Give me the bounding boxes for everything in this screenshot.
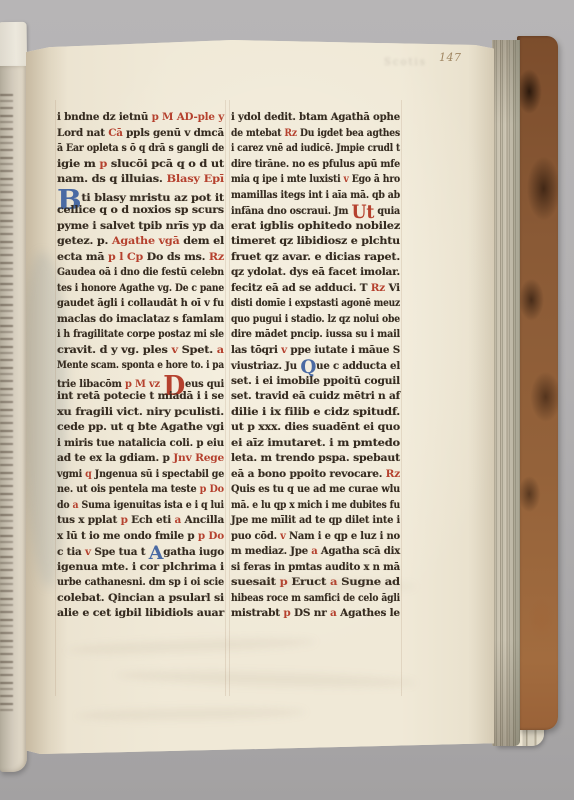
manuscript-line: urbe cathanesni. dm sp i oi scie: [57, 576, 224, 592]
ruling-line: [225, 100, 226, 696]
ink-text: fruet qz avar. e dicias rapet.: [231, 251, 400, 263]
ink-text: Agatha scā dix: [318, 545, 401, 557]
manuscript-line: tus x pplat p Ech eti a Ancilla: [57, 514, 224, 530]
manuscript-line: dilie i ix filib e cidz spitudf.: [231, 406, 400, 422]
ink-text: xu fragili vict. niry pculisti.: [57, 406, 224, 418]
ink-text: quo pugui i stadio. lz qz nolui obe: [231, 313, 400, 325]
manuscript-line: gaudet āgli i collaudāt h oī v fu: [57, 297, 224, 313]
manuscript-line: trie libacōm p M vz Deus qui: [57, 375, 224, 391]
ink-text: leta. m trendo pspa. spebaut: [231, 452, 400, 464]
ink-text: alie e cet igbil libidiols auar: [57, 607, 224, 619]
ink-text: m mediaz. Jpe: [231, 545, 311, 557]
showthrough-smudge: [66, 636, 316, 657]
manuscript-line: Mente scam. sponta e hore to. i pa: [57, 359, 224, 375]
manuscript-line: tes i honore Agathe vg. De c pane: [57, 282, 224, 298]
ink-text: slucōi pcā q o d ut: [111, 158, 224, 170]
manuscript-line: erat igblis ophitedo nobilez: [231, 220, 400, 236]
ink-text: maclas do imaclataz s famlam: [57, 313, 224, 325]
manuscript-line: fecitz eā ad se adduci. T Rz Vi: [231, 282, 400, 298]
manuscript-line: ut p xxx. dies suadēnt ei quo: [231, 421, 400, 437]
ink-text: erat igblis ophitedo nobilez: [231, 220, 400, 232]
ink-text: tus x pplat: [57, 514, 121, 526]
ink-text: trie libacōm: [57, 378, 125, 390]
manuscript-line: ne. ut ois pentela ma teste p Do: [57, 483, 224, 499]
ink-text: si feras in pmtas audito x n mā: [231, 561, 400, 573]
ink-text: int retā potecie t miadā i i se: [57, 390, 224, 402]
rubric-text: Agathe vgā: [112, 235, 183, 247]
pencil-inscription: Scotis: [384, 57, 427, 68]
rubric-text: Rz: [209, 251, 224, 263]
rubric-text: p Do: [200, 483, 224, 495]
manuscript-line: set. travid eā cuidz mētri n af: [231, 390, 400, 406]
ink-text: dire tirāne. no es pfulus apū mfe: [231, 158, 400, 170]
ink-text: Vi: [385, 282, 400, 294]
manuscript-line: qz ydolat. dys eā facet imolar.: [231, 266, 400, 282]
manuscript-line: hibeas roce m samfici de celo āgli: [231, 592, 400, 608]
ink-text: gaudet āgli i collaudāt h oī v fu: [57, 297, 224, 309]
manuscript-line: m mediaz. Jpe a Agatha scā dix: [231, 545, 400, 561]
ink-text: quia: [374, 205, 400, 217]
manuscript-line: ei aīz imutaret. i m pmtedo: [231, 437, 400, 453]
manuscript-line: quo pugui i stadio. lz qz nolui obe: [231, 313, 400, 329]
ink-text: do: [57, 499, 73, 511]
ink-text: Quis es tu q ue ad me curae wlu: [231, 483, 400, 495]
ink-text: nam. ds q illuias.: [57, 173, 166, 185]
illuminated-initial: Q: [300, 363, 316, 371]
text-column-left: i bndne dz ietnū p M AD-ple yLord nat Cā…: [57, 111, 224, 623]
ink-text: Spe tua t: [91, 546, 149, 558]
ink-text: viustriaz. Ju: [231, 360, 300, 372]
manuscript-line: alie e cet igbil libidiols auar: [57, 607, 224, 623]
rubric-text: p: [121, 514, 128, 526]
ink-text: vgmi: [57, 468, 85, 480]
ink-text: ti blasy mristu az pot it: [81, 192, 224, 204]
ink-text: colebat. Qincian a psularl si: [57, 592, 224, 604]
manuscript-line: leta. m trendo pspa. spebaut: [231, 452, 400, 468]
ink-text: qz ydolat. dys eā facet imolar.: [231, 266, 400, 278]
manuscript-line: xu fragili vict. niry pculisti.: [57, 406, 224, 422]
manuscript-line: colebat. Qincian a psularl si: [57, 592, 224, 608]
rubric-text: Jnv Rege: [173, 452, 224, 464]
ink-text: Lord nat: [57, 127, 108, 139]
ink-text: gatha iugo: [163, 546, 224, 558]
ink-text: Nam i e qp e luz i no: [286, 530, 400, 542]
manuscript-line: mistrabt p DS nr a Agathes le: [231, 607, 400, 623]
ink-text: eus qui: [185, 378, 224, 390]
rubric-text: p: [99, 158, 111, 170]
manuscript-line: Jpe me mīlit ad te qp dilet inte i: [231, 514, 400, 530]
ink-text: set. travid eā cuidz mētri n af: [231, 390, 400, 402]
manuscript-line: i carez vnē ad iudicē. Jmpie crudl t: [231, 142, 400, 158]
manuscript-line: i miris tue natalicia coli. p eiu: [57, 437, 224, 453]
ink-text: dilie i ix filib e cidz spitudf.: [231, 406, 400, 418]
ink-text: Agathes le: [337, 607, 400, 619]
ink-text: DS nr: [291, 607, 331, 619]
manuscript-line: eā a bono ppoito revocare. Rz: [231, 468, 400, 484]
fore-edge-page-stack: [492, 40, 520, 746]
leather-cover: [517, 36, 558, 730]
manuscript-line: i h fragilitate corpe postaz mi sle: [57, 328, 224, 344]
ruling-line: [229, 100, 230, 696]
photo-backdrop: Scotis 147 i bndne dz ietnū p M AD-ple y…: [0, 0, 574, 800]
ink-text: ad te ex la gdiam. p: [57, 452, 173, 464]
manuscript-line: x lū t io me ondo fmile p p Do: [57, 530, 224, 546]
ink-text: Do ds ms.: [147, 251, 209, 263]
ink-text: mā. e lu qp x mich i me dubites fu: [231, 499, 400, 511]
ink-text: cravit. d y vg. ples: [57, 344, 171, 356]
ink-text: i bndne dz ietnū: [57, 111, 152, 123]
ink-text: Gaudea oā i dno die festū celebn: [57, 266, 224, 278]
manuscript-line: ad te ex la gdiam. p Jnv Rege: [57, 452, 224, 468]
ink-text: Jngenua sū i spectabil ge: [92, 468, 224, 480]
ink-text: mia q ipe i mte luxisti: [231, 173, 343, 185]
rubric-text: Blasy Epī: [166, 173, 224, 185]
ink-text: ut p xxx. dies suadēnt ei quo: [231, 421, 400, 433]
manuscript-line: disti domīe i expstasti agonē meuz: [231, 297, 400, 313]
manuscript-line: c tia v Spe tua t Agatha iugo: [57, 545, 224, 561]
manuscript-line: getez. p. Agathe vgā dem el: [57, 235, 224, 251]
manuscript-line: infāna dno oscraui. Jm Ut quia: [231, 204, 400, 220]
ink-text: ue c adducta el: [316, 360, 400, 372]
ink-text: ecta mā: [57, 251, 108, 263]
showthrough-smudge: [76, 706, 306, 722]
manuscript-line: mia q ipe i mte luxisti v Ego ā hro: [231, 173, 400, 189]
ink-text: getez. p.: [57, 235, 112, 247]
manuscript-line: mamillas itegs int i aīa mā. qb ab: [231, 189, 400, 205]
ink-text: cellice q o d noxios sp scurs: [57, 204, 224, 216]
manuscript-line: mā. e lu qp x mich i me dubites fu: [231, 499, 400, 515]
showthrough-smudge: [116, 668, 416, 690]
manuscript-line: igie m p slucōi pcā q o d ut: [57, 158, 224, 174]
manuscript-line: maclas do imaclataz s famlam: [57, 313, 224, 329]
ink-text: Ech eti: [128, 514, 175, 526]
ruling-line: [55, 100, 56, 696]
manuscript-line: de mtebat Rz Du igdet bea agthes: [231, 127, 400, 143]
manuscript-line: vgmi q Jngenua sū i spectabil ge: [57, 468, 224, 484]
ink-text: Spet.: [178, 344, 217, 356]
ink-text: igenua mte. i cor plchrima i: [57, 561, 224, 573]
manuscript-line: i ydol dedit. btam Agathā ophe: [231, 111, 400, 127]
manuscript-line: timeret qz libidiosz e plchtu: [231, 235, 400, 251]
manuscript-line: Bti blasy mristu az pot it: [57, 189, 224, 205]
ink-text: urbe cathanesni. dm sp i oi scie: [57, 576, 224, 588]
manuscript-line: Quis es tu q ue ad me curae wlu: [231, 483, 400, 499]
manuscript-line: nam. ds q illuias. Blasy Epī: [57, 173, 224, 189]
ink-text: Jpe me mīlit ad te qp dilet inte i: [231, 514, 400, 526]
manuscript-line: int retā potecie t miadā i i se: [57, 390, 224, 406]
ink-text: i h fragilitate corpe postaz mi sle: [57, 328, 224, 340]
ink-text: ā Ear opleta s ō q drā s gangli de: [57, 142, 224, 154]
ink-text: c tia: [57, 546, 85, 558]
manuscript-line: si feras in pmtas audito x n mā: [231, 561, 400, 577]
illuminated-initial: Ut: [351, 208, 374, 216]
manuscript-line: i bndne dz ietnū p M AD-ple y: [57, 111, 224, 127]
ink-text: disti domīe i expstasti agonē meuz: [231, 297, 400, 309]
rubric-text: Cā: [108, 127, 126, 139]
manuscript-line: cravit. d y vg. ples v Spet. a: [57, 344, 224, 360]
manuscript-line: puo cōd. v Nam i e qp e luz i no: [231, 530, 400, 546]
facing-page-edge: [0, 66, 27, 772]
manuscript-line: set. i ei imobile ppoitū coguil: [231, 375, 400, 391]
manuscript-line: ecta mā p l Cp Do ds ms. Rz: [57, 251, 224, 267]
rubric-text: Rz: [371, 282, 385, 294]
ink-text: timeret qz libidiosz e plchtu: [231, 235, 400, 247]
ink-text: Ego ā hro: [349, 173, 400, 185]
rubric-text: p M vz: [125, 378, 163, 390]
manuscript-line: dire tirāne. no es pfulus apū mfe: [231, 158, 400, 174]
ink-text: Mente scam. sponta e hore to. i pa: [57, 359, 224, 371]
ink-text: ei aīz imutaret. i m pmtedo: [231, 437, 400, 449]
ink-text: set. i ei imobile ppoitū coguil: [231, 375, 400, 387]
text-column-right: i ydol dedit. btam Agathā ophede mtebat …: [231, 111, 400, 623]
folio-number: 147: [439, 51, 462, 64]
ink-text: ppe iutate i māue S: [287, 344, 400, 356]
rubric-text: Rz: [386, 468, 400, 480]
manuscript-line: ā Ear opleta s ō q drā s gangli de: [57, 142, 224, 158]
ink-text: fecitz eā ad se adduci. T: [231, 282, 371, 294]
ink-text: cede pp. ut q bte Agathe vgi: [57, 421, 224, 433]
rubric-text: p M AD-ple y: [152, 111, 224, 123]
ink-text: ne. ut ois pentela ma teste: [57, 483, 200, 495]
manuscript-line: dire mādet pncip. iussa su i mail: [231, 328, 400, 344]
ink-text: tes i honore Agathe vg. De c pane: [57, 282, 224, 294]
manuscript-line: igenua mte. i cor plchrima i: [57, 561, 224, 577]
manuscript-line: cellice q o d noxios sp scurs: [57, 204, 224, 220]
ink-text: pyme i salvet tpib nrīs yp da: [57, 220, 224, 232]
manuscript-line: viustriaz. Ju Que c adducta el: [231, 359, 400, 375]
illuminated-initial: A: [149, 549, 163, 557]
manuscript-line: fruet qz avar. e dicias rapet.: [231, 251, 400, 267]
ink-text: dire mādet pncip. iussa su i mail: [231, 328, 400, 340]
ink-text: mistrabt: [231, 607, 283, 619]
manuscript-line: do a Suma igenuitas ista e i q lui: [57, 499, 224, 515]
manuscript-page: Scotis 147 i bndne dz ietnū p M AD-ple y…: [26, 40, 494, 754]
manuscript-line: cede pp. ut q bte Agathe vgi: [57, 421, 224, 437]
ink-text: i ydol dedit. btam Agathā ophe: [231, 111, 400, 123]
ink-text: Ancilla: [181, 514, 224, 526]
ink-text: infāna dno oscraui. Jm: [231, 205, 351, 217]
ink-text: las tōqri: [231, 344, 281, 356]
right-margin-shade: [468, 40, 494, 754]
ink-text: Suma igenuitas ista e i q lui: [78, 499, 223, 511]
ink-text: x lū t io me ondo fmile p: [57, 530, 198, 542]
ink-text: Du igdet bea agthes: [300, 127, 400, 139]
ink-text: hibeas roce m samfici de celo āgli: [231, 592, 400, 604]
ink-text: de mtebat: [231, 127, 284, 139]
ink-text: igie m: [57, 158, 99, 170]
facing-page-text-showthrough: [0, 94, 13, 715]
ink-text: mamillas itegs int i aīa mā. qb ab: [231, 189, 400, 201]
manuscript-line: Lord nat Cā ppls genū v dmcā: [57, 127, 224, 143]
ink-text: i miris tue natalicia coli. p eiu: [57, 437, 224, 449]
manuscript-line: pyme i salvet tpib nrīs yp da: [57, 220, 224, 236]
ruling-line: [401, 100, 402, 696]
rubric-text: Rz: [284, 127, 300, 139]
ink-text: eā a bono ppoito revocare.: [231, 468, 386, 480]
ink-text: dem el: [183, 235, 224, 247]
ink-text: puo cōd.: [231, 530, 280, 542]
manuscript-line: Gaudea oā i dno die festū celebn: [57, 266, 224, 282]
rubric-text: p Do: [198, 530, 224, 542]
ink-text: i carez vnē ad iudicē. Jmpie crudl t: [231, 142, 400, 154]
ink-text: ppls genū v dmcā: [126, 127, 224, 139]
rubric-text: p l Cp: [108, 251, 147, 263]
rubric-text: a: [217, 344, 224, 356]
